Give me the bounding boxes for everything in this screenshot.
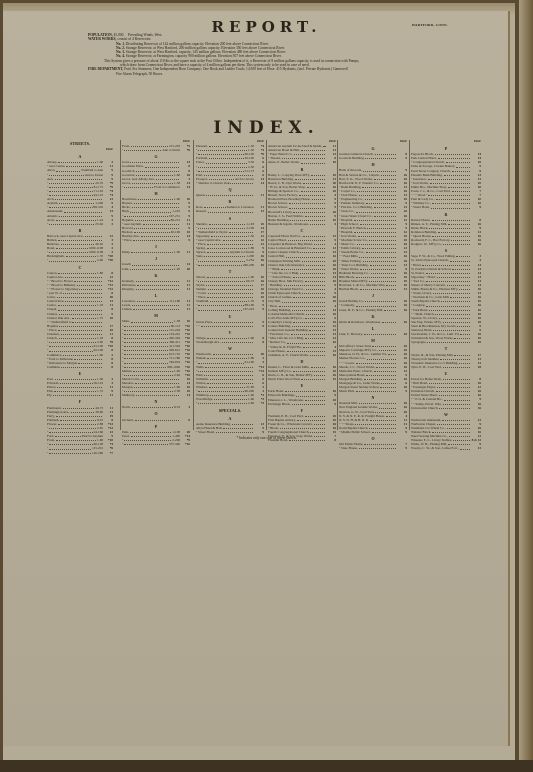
leader-dots (293, 275, 325, 278)
leader-dots (56, 218, 96, 221)
leader-dots (433, 328, 470, 331)
leader-dots (355, 422, 396, 425)
letter-heading: H (339, 163, 407, 167)
leader-dots (305, 398, 325, 401)
leader-dots (359, 401, 396, 404)
leader-dots (282, 156, 325, 159)
entry-range: Front to Commerce (154, 185, 180, 189)
leader-dots (295, 177, 325, 180)
leader-dots (59, 312, 102, 315)
leader-dots (460, 332, 470, 335)
leader-dots (375, 410, 396, 413)
column-divider (409, 140, 410, 430)
letter-heading: C (47, 266, 113, 270)
leader-dots (58, 303, 96, 306)
leader-dots (198, 279, 245, 282)
leader-dots (356, 303, 396, 306)
letter-heading: L (122, 294, 190, 298)
leader-dots (432, 430, 470, 433)
leader-dots (78, 361, 102, 364)
leader-dots (131, 319, 173, 322)
leader-dots (66, 254, 96, 257)
entry-name: Cushman, A. F., Chuck Works, (268, 353, 309, 357)
leader-dots (156, 177, 179, 180)
entry-page: 11 (180, 250, 190, 254)
leader-dots (357, 242, 396, 245)
entry-name: Mulberry, (122, 393, 135, 397)
letter-heading: L (339, 327, 407, 331)
index-entry: " Place,9 (122, 238, 190, 242)
index-entry: Russell,12 (196, 209, 264, 213)
entry-range: Ann to North (162, 148, 180, 152)
leader-dots (372, 344, 396, 347)
leader-dots (198, 226, 245, 229)
leader-dots (309, 328, 325, 331)
leader-dots (306, 287, 325, 290)
entry-name: " (122, 185, 123, 189)
leader-dots (297, 418, 325, 421)
leader-dots (459, 287, 470, 290)
letter-heading: R (411, 213, 481, 217)
entry-name: Rodgers, W., M'f'g Co., (411, 242, 442, 246)
leader-dots (446, 160, 470, 163)
entry-name: Woolsy, C. W., & Son, Coffee Fact., (411, 446, 459, 450)
entry-name: " Street Hotel, (196, 430, 215, 434)
leader-dots (133, 307, 179, 310)
leader-dots (379, 405, 396, 408)
leader-dots (382, 320, 396, 323)
entry-name: " State House, (339, 446, 358, 450)
leader-dots (429, 308, 470, 311)
leader-dots (59, 336, 96, 339)
leader-dots (436, 197, 470, 200)
entry-page: *20 (103, 258, 113, 262)
letter-heading: A (47, 155, 113, 159)
entry-name: Queen, (196, 193, 205, 197)
index-entry: Cushman,8 (47, 365, 113, 369)
letter-heading: H (122, 192, 190, 196)
leader-dots (136, 279, 179, 282)
leader-dots (279, 304, 325, 307)
leader-dots (290, 218, 325, 221)
leader-dots (366, 201, 396, 204)
leader-dots (132, 303, 179, 306)
leader-dots (281, 267, 325, 270)
leader-dots (435, 152, 470, 155)
index-entry: "2-66*20 (47, 258, 113, 262)
leader-dots (388, 352, 396, 355)
leader-dots (49, 446, 91, 449)
leader-dots (364, 442, 396, 445)
leader-dots (280, 426, 325, 429)
leader-dots (49, 250, 87, 253)
leader-dots (137, 283, 179, 286)
leader-dots (456, 164, 470, 167)
letter-heading: E (268, 384, 336, 388)
index-entry: Linden,11 (122, 307, 190, 311)
leader-dots (374, 369, 396, 372)
entry-name: " (47, 451, 48, 455)
leader-dots (433, 291, 470, 294)
leader-dots (367, 356, 396, 359)
leader-dots (426, 279, 470, 282)
column-divider (120, 140, 121, 430)
entry-page: 16 (471, 242, 481, 246)
leader-dots (206, 160, 247, 163)
entry-name: " (122, 442, 123, 446)
entry-name: " (196, 263, 197, 267)
leader-dots (454, 336, 470, 339)
leader-dots (314, 242, 325, 245)
leader-dots (134, 201, 179, 204)
index-entry: " "9 (196, 324, 264, 328)
index-entry: Universalist Church,16 (411, 406, 481, 410)
leader-dots (56, 168, 80, 171)
letter-heading: A (196, 417, 264, 421)
leader-dots (49, 181, 94, 184)
entry-page: 9 (397, 446, 407, 450)
leader-dots (310, 222, 325, 225)
leader-dots (426, 303, 470, 306)
leader-dots (135, 218, 170, 221)
entry-page: *3 (254, 401, 264, 405)
leader-dots (354, 230, 396, 233)
letter-heading: M (339, 339, 407, 343)
leader-dots (209, 385, 245, 388)
entry-page: 16 (471, 340, 481, 344)
leader-dots (77, 283, 102, 286)
letter-heading: O (122, 412, 190, 416)
index-entry: "140-260*7 (47, 451, 113, 455)
entry-name: Linden, (122, 307, 132, 311)
leader-dots (208, 291, 253, 294)
leader-dots (208, 209, 253, 212)
letter-heading: S (196, 217, 264, 221)
leader-dots (452, 189, 470, 192)
leader-dots (294, 152, 325, 155)
leader-dots (376, 365, 396, 368)
leader-dots (124, 356, 168, 359)
entry-page: 8 (103, 365, 113, 369)
leader-dots (55, 377, 96, 380)
leader-dots (292, 308, 325, 311)
leader-dots (374, 214, 396, 217)
leader-dots (56, 246, 88, 249)
leader-dots (55, 197, 102, 200)
leader-dots (64, 209, 102, 212)
index-entry: Bunsted & Ingalls, Warehouse,5 (268, 222, 336, 226)
leader-dots (303, 181, 325, 184)
index-entry: Mulberry,14 (122, 393, 190, 397)
leader-dots (49, 451, 91, 454)
leader-dots (360, 287, 396, 290)
entry-name: Russell, (196, 209, 207, 213)
entry-page: 9 (254, 324, 264, 328)
entry-page: 9 (254, 307, 264, 311)
index-footnote: * Indicates only one side of Street show… (0, 436, 533, 440)
index-entry: Exchange Block,9 (268, 402, 336, 406)
entry-name: " Middle Public School, (339, 430, 371, 434)
leader-dots (371, 271, 396, 274)
index-entry: Cushman, A. F., Chuck Works,16 (268, 353, 336, 357)
index-entry: Hurlbut Block,13 (339, 287, 407, 291)
leader-dots (438, 156, 470, 159)
leader-dots (314, 422, 325, 425)
entry-name: Dutch Point Wood Yard, (268, 377, 300, 381)
leader-dots (379, 348, 396, 351)
entry-page: 16 (471, 406, 481, 410)
leader-dots (307, 185, 325, 188)
entry-range: 266-209 (243, 263, 254, 267)
leader-dots (367, 226, 396, 229)
entry-name: " " (196, 324, 200, 328)
entry-page: 16 (397, 332, 407, 336)
leader-dots (362, 246, 396, 249)
letter-heading: T (196, 270, 264, 274)
leader-dots (56, 414, 102, 417)
leader-dots (229, 230, 253, 233)
leader-dots (311, 173, 325, 176)
leader-dots (223, 238, 253, 241)
leader-dots (380, 385, 396, 388)
index-entry: Music Hall,9 (339, 389, 407, 393)
entry-page: 3 (180, 405, 190, 409)
entry-name: John, (122, 267, 129, 271)
leader-dots (357, 189, 396, 192)
letter-heading: T (411, 347, 481, 351)
leader-dots (136, 173, 173, 176)
leader-dots (447, 283, 470, 286)
leader-dots (57, 295, 102, 298)
letter-heading: K (122, 274, 190, 278)
leader-dots (65, 275, 102, 278)
entry-page: *6 (180, 148, 190, 152)
leader-dots (369, 238, 396, 241)
leader-dots (49, 340, 96, 343)
entry-range: 25-62 (95, 222, 103, 226)
page-edge-stain (519, 0, 533, 772)
index-entry: "2-60*3 (196, 401, 264, 405)
entry-page: 18 (471, 365, 481, 369)
leader-dots (312, 197, 325, 200)
letter-heading: D (268, 360, 336, 364)
leader-dots (130, 209, 171, 212)
entry-name: Orchard, (122, 418, 134, 422)
leader-dots (370, 263, 396, 266)
index-title: INDEX. (0, 118, 533, 138)
leader-dots (124, 365, 166, 368)
entry-page: 14 (180, 185, 190, 189)
leader-dots (439, 393, 470, 396)
leader-dots (310, 430, 325, 433)
leader-dots (198, 360, 243, 363)
leader-dots (362, 185, 396, 188)
leader-dots (198, 169, 243, 172)
leader-dots (303, 345, 325, 348)
leader-dots (432, 234, 470, 237)
leader-dots (131, 144, 168, 147)
entry-page: 16 (254, 263, 264, 267)
index-entry: Goodwin Building,9 (339, 156, 407, 160)
leader-dots (53, 393, 102, 396)
leader-dots (198, 263, 242, 266)
leader-dots (133, 238, 179, 241)
entry-name: Exchange Block, (268, 402, 291, 406)
entry-page: 6 (180, 418, 190, 422)
leader-dots (207, 356, 247, 359)
leader-dots (289, 205, 325, 208)
index-entry: " Street Hotel,9 (411, 205, 481, 209)
column-divider (337, 140, 338, 430)
leader-dots (452, 169, 470, 172)
index-entry: " State House,9 (339, 446, 407, 450)
page-column-header: PAGE (339, 140, 407, 144)
leader-dots (314, 373, 325, 376)
letter-heading: I (122, 245, 190, 249)
leader-dots (58, 328, 102, 331)
entry-range: 167-243 (243, 307, 254, 311)
leader-dots (59, 201, 94, 204)
entry-page: 14 (180, 393, 190, 397)
leader-dots (359, 254, 396, 257)
leader-dots (72, 316, 96, 319)
leader-dots (124, 185, 153, 188)
leader-dots (132, 405, 173, 408)
leader-dots (356, 209, 396, 212)
leader-dots (124, 328, 168, 331)
leader-dots (381, 381, 396, 384)
index-entry: Kibbe & Robinson, Warehouse,16 (339, 320, 407, 324)
leader-dots (209, 144, 247, 147)
leader-dots (207, 246, 247, 249)
leader-dots (124, 214, 168, 217)
leader-dots (442, 418, 470, 421)
entry-name: Imlay, (122, 250, 130, 254)
leader-dots (369, 279, 396, 282)
entry-name: Synagogue, (411, 340, 426, 344)
leader-dots (293, 295, 325, 298)
letter-heading: G (339, 147, 407, 151)
leader-dots (435, 312, 470, 315)
index-entry: " Sheldon to Charter Oak14 (196, 181, 264, 185)
leader-dots (292, 324, 325, 327)
index-entry: Vredenburgh Ave.,8 (196, 340, 264, 344)
leader-dots (132, 205, 179, 208)
leader-dots (198, 401, 247, 404)
index-entry: Queen,11 (196, 193, 264, 197)
entry-name: Tyler, E. B., Coal Yard, (411, 365, 442, 369)
leader-dots (301, 377, 325, 380)
leader-dots (303, 234, 325, 237)
leader-dots (323, 144, 325, 147)
leader-dots (49, 348, 92, 351)
leader-dots (145, 164, 179, 167)
leader-dots (210, 377, 253, 380)
entry-name: " (122, 148, 123, 152)
entry-page: 9 (397, 156, 407, 160)
leader-dots (124, 442, 168, 445)
leader-dots (457, 324, 470, 327)
leader-dots (301, 189, 325, 192)
index-entry: " Middle Public School,9 (339, 430, 407, 434)
leader-dots (439, 406, 470, 409)
leader-dots (366, 373, 396, 376)
letter-heading: Q (196, 188, 264, 192)
leader-dots (54, 389, 96, 392)
entry-name: " Place, (122, 238, 132, 242)
leader-dots (124, 340, 168, 343)
entry-name: Kibbe & Robinson, Warehouse, (339, 320, 381, 324)
leader-dots (49, 205, 91, 208)
leader-dots (432, 218, 470, 221)
letter-heading: N (122, 400, 190, 404)
entry-name: Kingsley, (122, 287, 135, 291)
leader-dots (130, 267, 173, 270)
index-entry: "Ann to North*6 (122, 148, 190, 152)
entry-name: Jones, H. F., & Co., Planing Mill, (339, 308, 383, 312)
leader-dots (49, 185, 92, 188)
letter-heading: E (47, 372, 113, 376)
leader-dots (443, 242, 470, 245)
leader-dots (366, 250, 396, 253)
leader-dots (207, 242, 253, 245)
leader-dots (214, 320, 253, 323)
letter-heading: N (339, 396, 407, 400)
leader-dots (204, 173, 253, 176)
fire-department-line-2: Fire Alarm Telegraph, 50 Boxes. (88, 72, 443, 76)
letter-heading: F (268, 409, 336, 413)
leader-dots (359, 193, 396, 196)
letter-heading: F (47, 400, 113, 404)
leader-dots (66, 164, 102, 167)
leader-dots (431, 205, 470, 208)
leader-dots (133, 369, 173, 372)
letter-heading: K (339, 315, 407, 319)
section-header: STREETS. (47, 142, 113, 146)
leader-dots (198, 148, 247, 151)
leader-dots (384, 308, 396, 311)
entry-page: 11 (180, 287, 190, 291)
leader-dots (364, 377, 396, 380)
leader-dots (85, 234, 102, 237)
leader-dots (124, 324, 169, 327)
index-entry: Ely,11 (47, 393, 113, 397)
leader-dots (296, 393, 325, 396)
leader-dots (363, 259, 396, 262)
entry-page: 5 (326, 222, 336, 226)
entry-page: 11 (103, 393, 113, 397)
letter-heading: B (47, 229, 113, 233)
leader-dots (356, 361, 396, 364)
leader-dots (136, 393, 179, 396)
leader-dots (430, 181, 470, 184)
leader-dots (58, 160, 96, 163)
leader-dots (65, 299, 102, 302)
leader-dots (443, 320, 470, 323)
entry-name: Vredenburgh Ave., (196, 340, 221, 344)
index-entry: Woolsy, C. W., & Son, Coffee Fact.,13 (411, 446, 481, 450)
letter-heading: J (339, 294, 407, 298)
index-entry: "266-20916 (196, 263, 264, 267)
entry-name: Music Hall, (339, 389, 355, 393)
leader-dots (124, 336, 168, 339)
leader-dots (429, 226, 470, 229)
leader-dots (213, 352, 253, 355)
leader-dots (63, 291, 102, 294)
leader-dots (454, 353, 470, 356)
entry-page: 12 (254, 209, 264, 213)
leader-dots (427, 340, 470, 343)
